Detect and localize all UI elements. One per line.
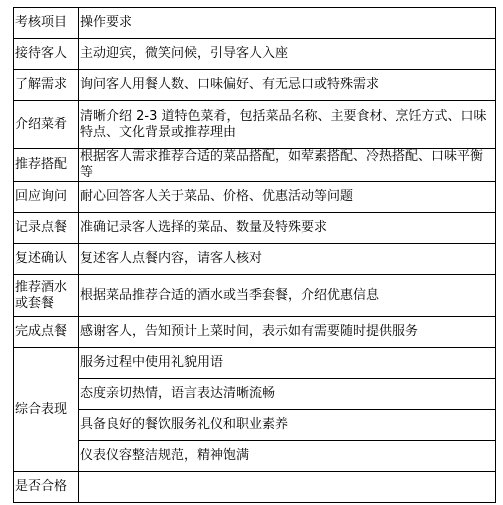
table-header-row: 考核项目 操作要求 bbox=[14, 8, 496, 39]
row-item: 推荐搭配 bbox=[14, 149, 79, 182]
row-item: 介绍菜肴 bbox=[14, 101, 79, 149]
table-row: 推荐酒水或套餐 根据菜品推荐合适的酒水或当季套餐，介绍优惠信息 bbox=[14, 275, 496, 317]
row-item: 复述确认 bbox=[14, 244, 79, 275]
table-row: 完成点餐 感谢客人，告知预计上菜时间，表示如有需要随时提供服务 bbox=[14, 317, 496, 348]
overall-row: 具备良好的餐饮服务礼仪和职业素养 bbox=[14, 410, 496, 441]
row-item: 回应询问 bbox=[14, 182, 79, 213]
row-item: 完成点餐 bbox=[14, 317, 79, 348]
result-item: 是否合格 bbox=[14, 472, 79, 503]
row-item: 推荐酒水或套餐 bbox=[14, 275, 79, 317]
table-row: 记录点餐 准确记录客人选择的菜品、数量及特殊要求 bbox=[14, 213, 496, 244]
row-requirement: 复述客人点餐内容，请客人核对 bbox=[79, 244, 496, 275]
table-row: 了解需求 询问客人用餐人数、口味偏好、有无忌口或特殊需求 bbox=[14, 70, 496, 101]
result-row: 是否合格 bbox=[14, 472, 496, 503]
row-item: 接待客人 bbox=[14, 39, 79, 70]
overall-row: 仪表仪容整洁规范，精神饱满 bbox=[14, 441, 496, 472]
overall-requirement: 态度亲切热情，语言表达清晰流畅 bbox=[79, 379, 496, 410]
row-requirement: 清晰介绍 2-3 道特色菜肴，包括菜品名称、主要食材、烹饪方式、口味特点、文化背… bbox=[79, 101, 496, 149]
overall-requirement: 具备良好的餐饮服务礼仪和职业素养 bbox=[79, 410, 496, 441]
row-requirement: 准确记录客人选择的菜品、数量及特殊要求 bbox=[79, 213, 496, 244]
row-item: 记录点餐 bbox=[14, 213, 79, 244]
table-row: 推荐搭配 根据客人需求推荐合适的菜品搭配，如荤素搭配、冷热搭配、口味平衡等 bbox=[14, 149, 496, 182]
row-requirement: 感谢客人，告知预计上菜时间，表示如有需要随时提供服务 bbox=[79, 317, 496, 348]
table-row: 接待客人 主动迎宾，微笑问候，引导客人入座 bbox=[14, 39, 496, 70]
assessment-table: 考核项目 操作要求 接待客人 主动迎宾，微笑问候，引导客人入座 了解需求 询问客… bbox=[13, 7, 496, 503]
row-item: 了解需求 bbox=[14, 70, 79, 101]
overall-row: 综合表现 服务过程中使用礼貌用语 bbox=[14, 348, 496, 379]
overall-item: 综合表现 bbox=[14, 348, 79, 472]
overall-requirement: 仪表仪容整洁规范，精神饱满 bbox=[79, 441, 496, 472]
header-item: 考核项目 bbox=[14, 8, 79, 39]
table-row: 介绍菜肴 清晰介绍 2-3 道特色菜肴，包括菜品名称、主要食材、烹饪方式、口味特… bbox=[14, 101, 496, 149]
row-requirement: 耐心回答客人关于菜品、价格、优惠活动等问题 bbox=[79, 182, 496, 213]
table-row: 回应询问 耐心回答客人关于菜品、价格、优惠活动等问题 bbox=[14, 182, 496, 213]
overall-row: 态度亲切热情，语言表达清晰流畅 bbox=[14, 379, 496, 410]
row-requirement: 根据菜品推荐合适的酒水或当季套餐，介绍优惠信息 bbox=[79, 275, 496, 317]
table-row: 复述确认 复述客人点餐内容，请客人核对 bbox=[14, 244, 496, 275]
row-requirement: 根据客人需求推荐合适的菜品搭配，如荤素搭配、冷热搭配、口味平衡等 bbox=[79, 149, 496, 182]
row-requirement: 询问客人用餐人数、口味偏好、有无忌口或特殊需求 bbox=[79, 70, 496, 101]
row-requirement: 主动迎宾，微笑问候，引导客人入座 bbox=[79, 39, 496, 70]
result-value-cell[interactable] bbox=[79, 472, 496, 503]
overall-requirement: 服务过程中使用礼貌用语 bbox=[79, 348, 496, 379]
header-requirement: 操作要求 bbox=[79, 8, 496, 39]
